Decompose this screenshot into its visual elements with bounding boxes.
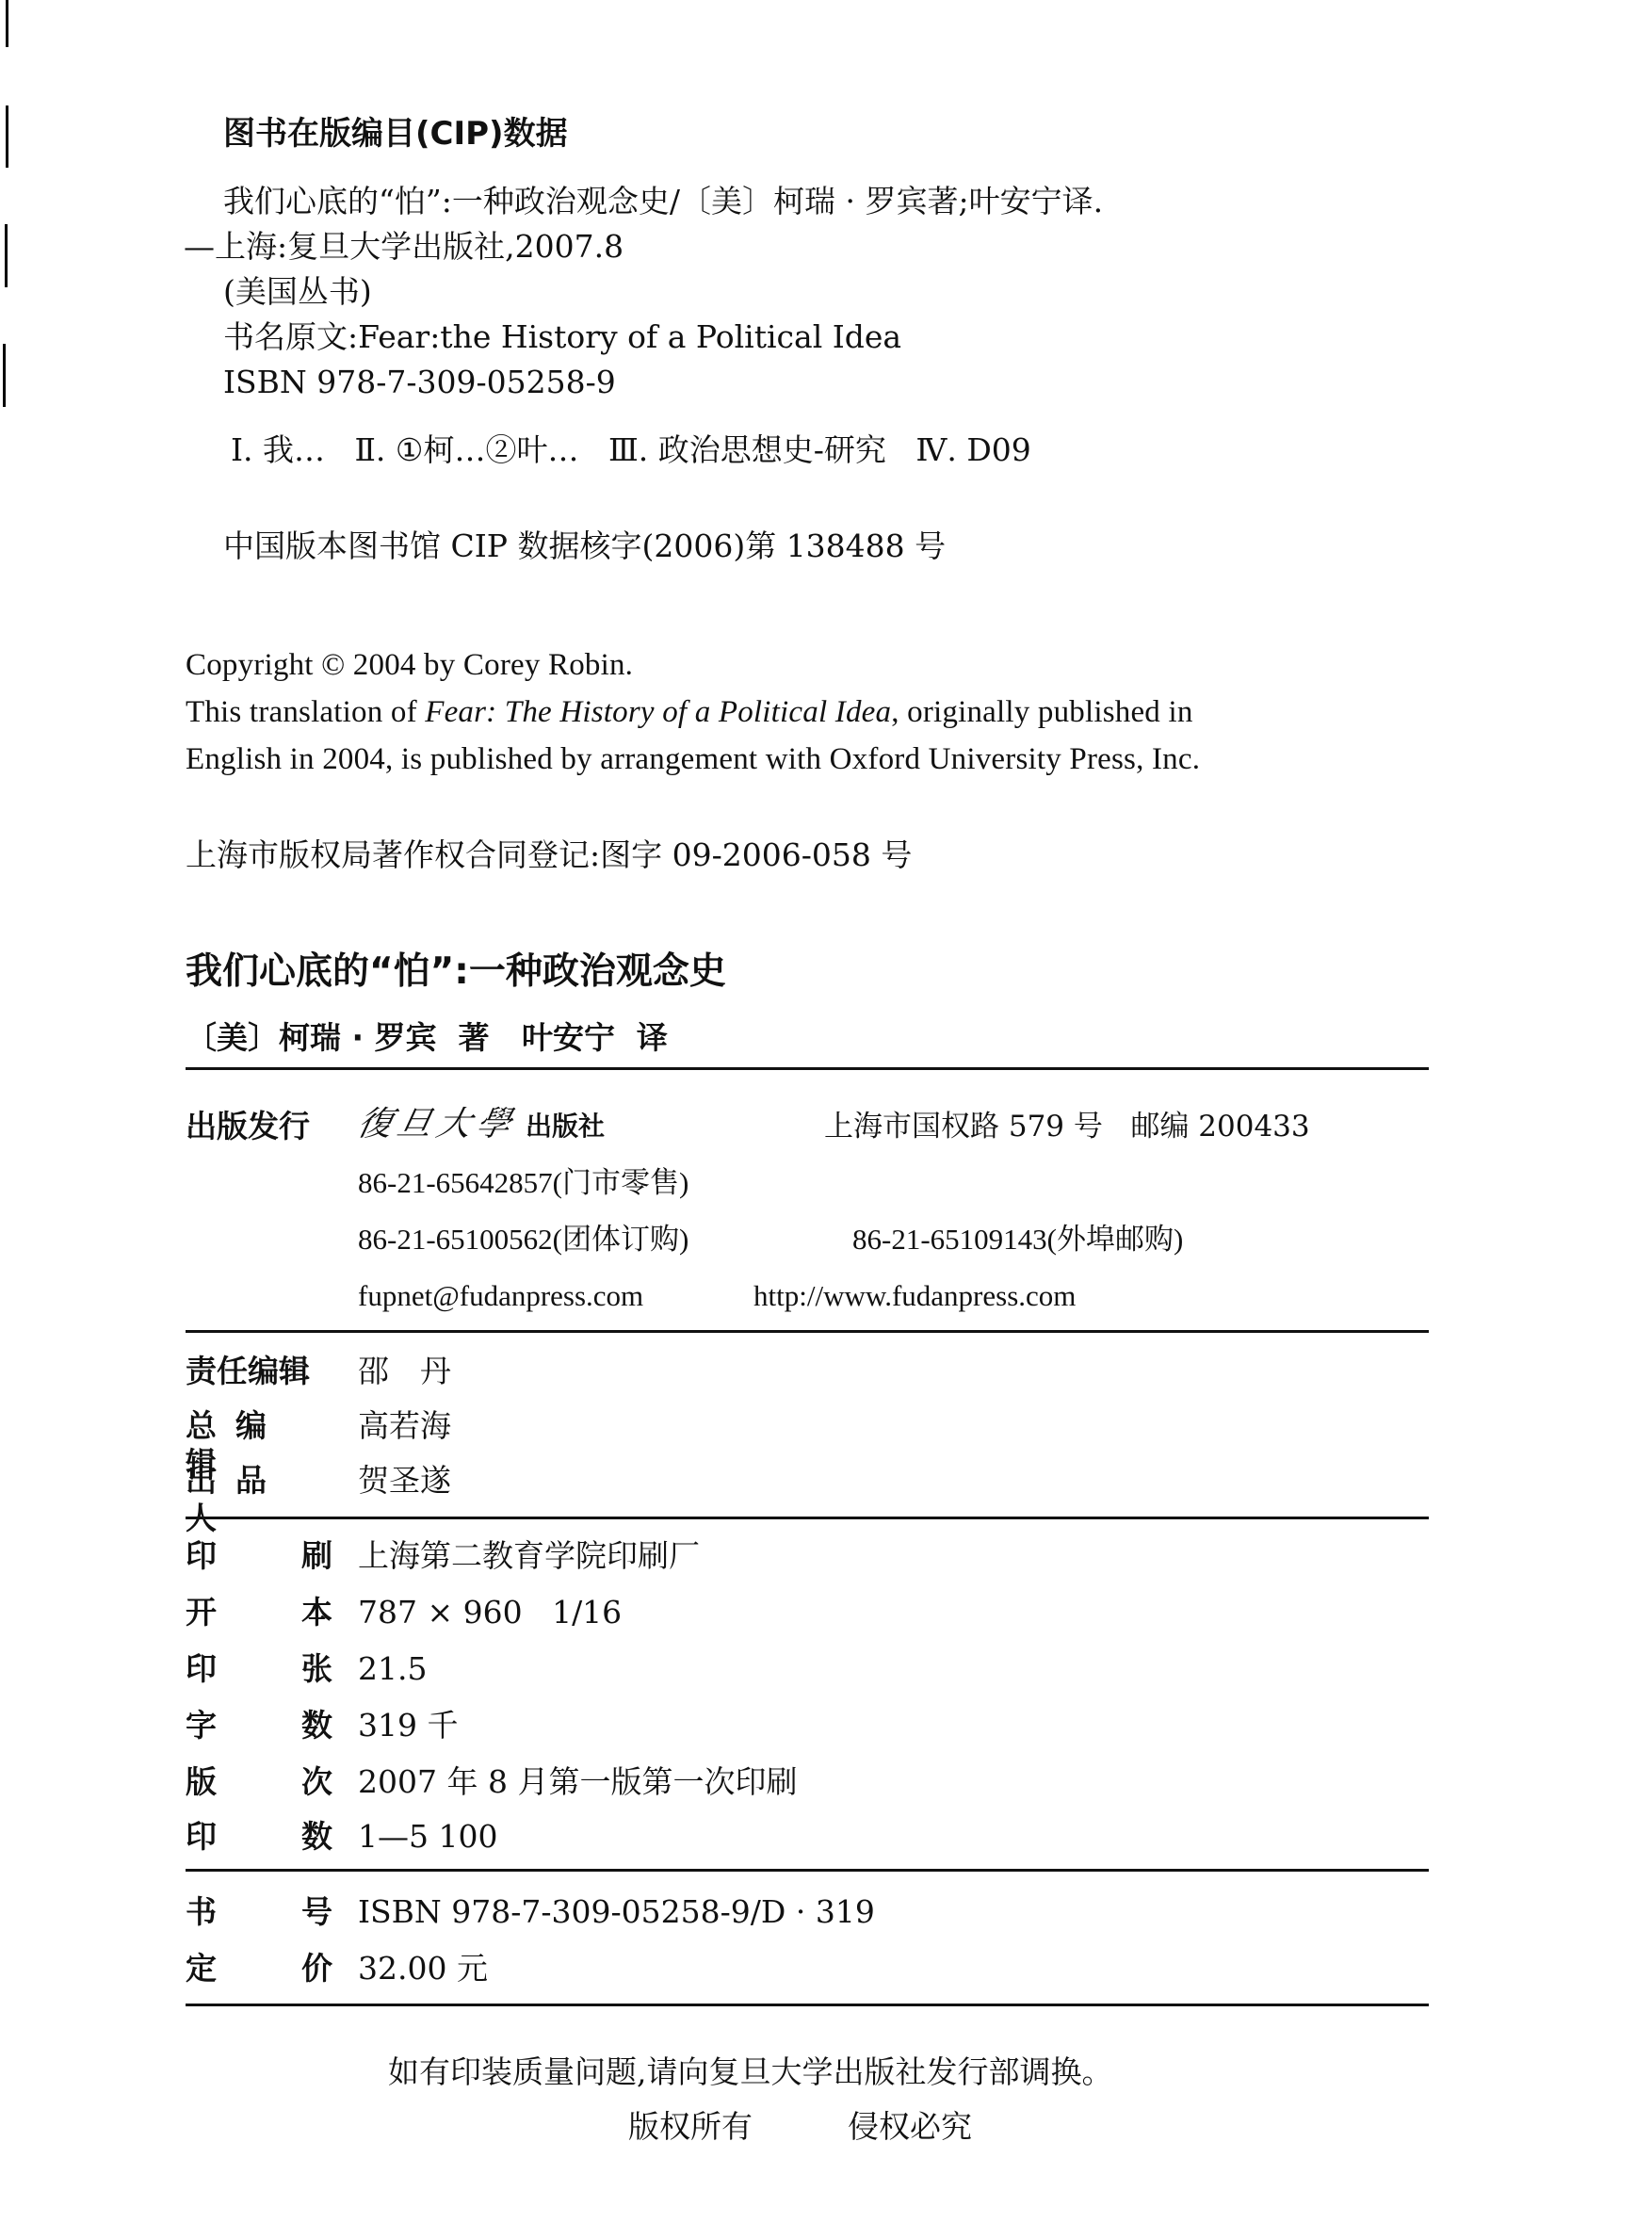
divider-rule (186, 1067, 1429, 1070)
staff-value: 高若海 (358, 1407, 451, 1445)
printing-row: 印张 21.5 (186, 1650, 417, 1689)
cip-line-publisher: —上海:复旦大学出版社,2007.8 (184, 228, 624, 266)
scan-mark (3, 344, 6, 407)
divider-rule (186, 1517, 1429, 1519)
cip-header: 图书在版编目(CIP)数据 (223, 115, 568, 153)
book-author-line: 〔美〕柯瑞 · 罗宾 著 叶安宁 译 (186, 1014, 668, 1058)
staff-row: 责任编辑 邵 丹 (186, 1353, 327, 1391)
printing-value: 2007 年 8 月第一版第一次印刷 (358, 1763, 797, 1801)
printing-row: 字数 319 千 (186, 1707, 417, 1745)
cip-line-series: (美国丛书) (223, 273, 372, 311)
publisher-label: 出版发行 (186, 1108, 310, 1145)
book-title: 我们心底的“怕”:一种政治观念史 (186, 942, 726, 995)
fudan-calligraphy-logo: 復旦大學 (354, 1106, 521, 1144)
publisher-logo: 復旦大學出版社 (358, 1106, 605, 1145)
printing-row: 版次 2007 年 8 月第一版第一次印刷 (186, 1763, 417, 1802)
rights-reserved: 版权所有 (628, 2102, 753, 2147)
copyright-registration: 上海市版权局著作权合同登记:图字 09-2006-058 号 (186, 836, 912, 874)
original-title-italic: Fear: The History of a Political Idea (425, 695, 891, 729)
price-value: 32.00 元 (358, 1950, 488, 1988)
publisher-address: 上海市国权路 579 号 邮编 200433 (824, 1108, 1310, 1145)
staff-label-text: 出品人 (186, 1462, 327, 1537)
divider-rule (186, 1869, 1429, 1872)
copyright-line: Copyright © 2004 by Corey Robin. (186, 648, 633, 683)
price-row: 定价 32.00 元 (186, 1950, 417, 1988)
staff-value: 邵 丹 (358, 1353, 451, 1390)
publisher-logo-suffix: 出版社 (526, 1111, 605, 1142)
staff-label: 责任编辑 (186, 1353, 327, 1390)
staff-row: 出品人 贺圣遂 (186, 1462, 327, 1537)
printing-row: 印数 1—5 100 (186, 1818, 417, 1857)
printing-value: 21.5 (358, 1650, 427, 1688)
publisher-row: 出版发行 (186, 1108, 310, 1146)
cip-classification: Ⅰ. 我… Ⅱ. ①柯…②叶… Ⅲ. 政治思想史-研究 Ⅳ. D09 (231, 431, 1031, 469)
printing-value: 319 千 (358, 1707, 458, 1744)
cip-line-original-title: 书名原文:Fear:the History of a Political Ide… (223, 318, 901, 356)
divider-rule (186, 1330, 1429, 1333)
printing-value: 787 × 960 1/16 (358, 1594, 622, 1631)
isbn-value: ISBN 978-7-309-05258-9/D · 319 (358, 1893, 875, 1931)
phone-group: 86-21-65100562(团体订购) (358, 1221, 688, 1258)
phone-retail: 86-21-65642857(门市零售) (358, 1164, 688, 1202)
staff-label-text: 责任编辑 (186, 1353, 310, 1390)
publisher-website[interactable]: http://www.fudanpress.com (753, 1277, 1076, 1315)
printing-row: 开本 787 × 960 1/16 (186, 1594, 417, 1632)
translation-notice-suffix: , originally published in (891, 695, 1192, 729)
divider-rule (186, 2004, 1429, 2006)
cip-line-title: 我们心底的“怕”:一种政治观念史/〔美〕柯瑞 · 罗宾著;叶安宁译. (223, 183, 1103, 220)
phone-mail: 86-21-65109143(外埠邮购) (852, 1221, 1183, 1258)
staff-value: 贺圣遂 (358, 1462, 451, 1500)
translation-notice: This translation of Fear: The History of… (186, 695, 1193, 730)
translation-notice-prefix: This translation of (186, 695, 425, 729)
publisher-email[interactable]: fupnet@fudanpress.com (358, 1277, 643, 1315)
cip-number: 中国版本图书馆 CIP 数据核字(2006)第 138488 号 (223, 527, 946, 565)
printing-value: 上海第二教育学院印刷厂 (358, 1537, 700, 1575)
infringement-notice: 侵权必究 (848, 2102, 972, 2147)
isbn-row: 书号 ISBN 978-7-309-05258-9/D · 319 (186, 1893, 417, 1932)
printing-row: 印刷 上海第二教育学院印刷厂 (186, 1537, 417, 1576)
arrangement-notice: English in 2004, is published by arrange… (186, 742, 1200, 777)
scan-mark (5, 224, 8, 287)
scan-mark (6, 0, 8, 47)
printing-value: 1—5 100 (358, 1818, 497, 1856)
staff-label: 出品人 (186, 1462, 327, 1537)
cip-line-isbn: ISBN 978-7-309-05258-9 (223, 364, 616, 401)
quality-notice: 如有印装质量问题,请向复旦大学出版社发行部调换。 (388, 2048, 1113, 2092)
scan-mark (6, 105, 8, 168)
